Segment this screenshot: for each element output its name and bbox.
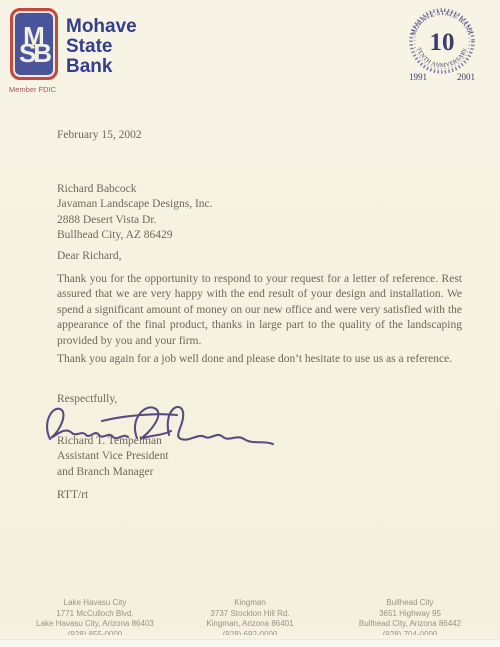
reference-initials: RTT/rt [57, 488, 462, 503]
anniversary-seal-icon: MOHAVE STATE BANK TENTH ANNIVERSARY 10 [403, 7, 481, 75]
seal-years: 1991 2001 [403, 72, 481, 82]
seal-year-right: 2001 [457, 72, 475, 82]
salutation: Dear Richard, [57, 249, 462, 264]
branch-phone: (928) 855-0000 [15, 630, 175, 635]
branch-name: Kingman [170, 598, 330, 609]
recipient-block: Richard Babcock Javaman Landscape Design… [57, 182, 462, 244]
seal-number: 10 [430, 29, 455, 56]
branch-city: Kingman, Arizona 86401 [170, 619, 330, 630]
paragraph-2: Thank you again for a job well done and … [57, 352, 462, 367]
branch-street: 3651 Highway 95 [330, 609, 490, 620]
branch-phone: (928) 704-0000 [330, 630, 490, 635]
branch-name: Lake Havasu City [15, 598, 175, 609]
logo-monogram-sb: SB [19, 40, 49, 66]
date-line: February 15, 2002 [57, 128, 462, 143]
msb-logo: M SB [10, 8, 58, 80]
footer-location-lake-havasu: Lake Havasu City 1771 McCulloch Blvd. La… [15, 598, 175, 635]
scan-edge [0, 639, 500, 647]
member-fdic-label: Member FDIC [9, 85, 56, 94]
signer-block: Richard T. Tempelman Assistant Vice Pres… [57, 434, 462, 480]
branch-name: Bullhead City [330, 598, 490, 609]
branch-city: Bullhead City, Arizona 86442 [330, 619, 490, 630]
seal-year-left: 1991 [409, 72, 427, 82]
paragraph-1: Thank you for the opportunity to respond… [57, 272, 462, 349]
branch-city: Lake Havasu City, Arizona 86403 [15, 619, 175, 630]
footer-location-kingman: Kingman 3737 Stockton Hill Rd. Kingman, … [170, 598, 330, 635]
branch-street: 3737 Stockton Hill Rd. [170, 609, 330, 620]
branch-street: 1771 McCulloch Blvd. [15, 609, 175, 620]
letter-page: M SB Mohave State Bank Member FDIC MOHAV… [0, 0, 500, 647]
branch-phone: (928) 692-0000 [170, 630, 330, 635]
bank-name: Mohave State Bank [66, 17, 137, 77]
footer-location-bullhead: Bullhead City 3651 Highway 95 Bullhead C… [330, 598, 490, 635]
